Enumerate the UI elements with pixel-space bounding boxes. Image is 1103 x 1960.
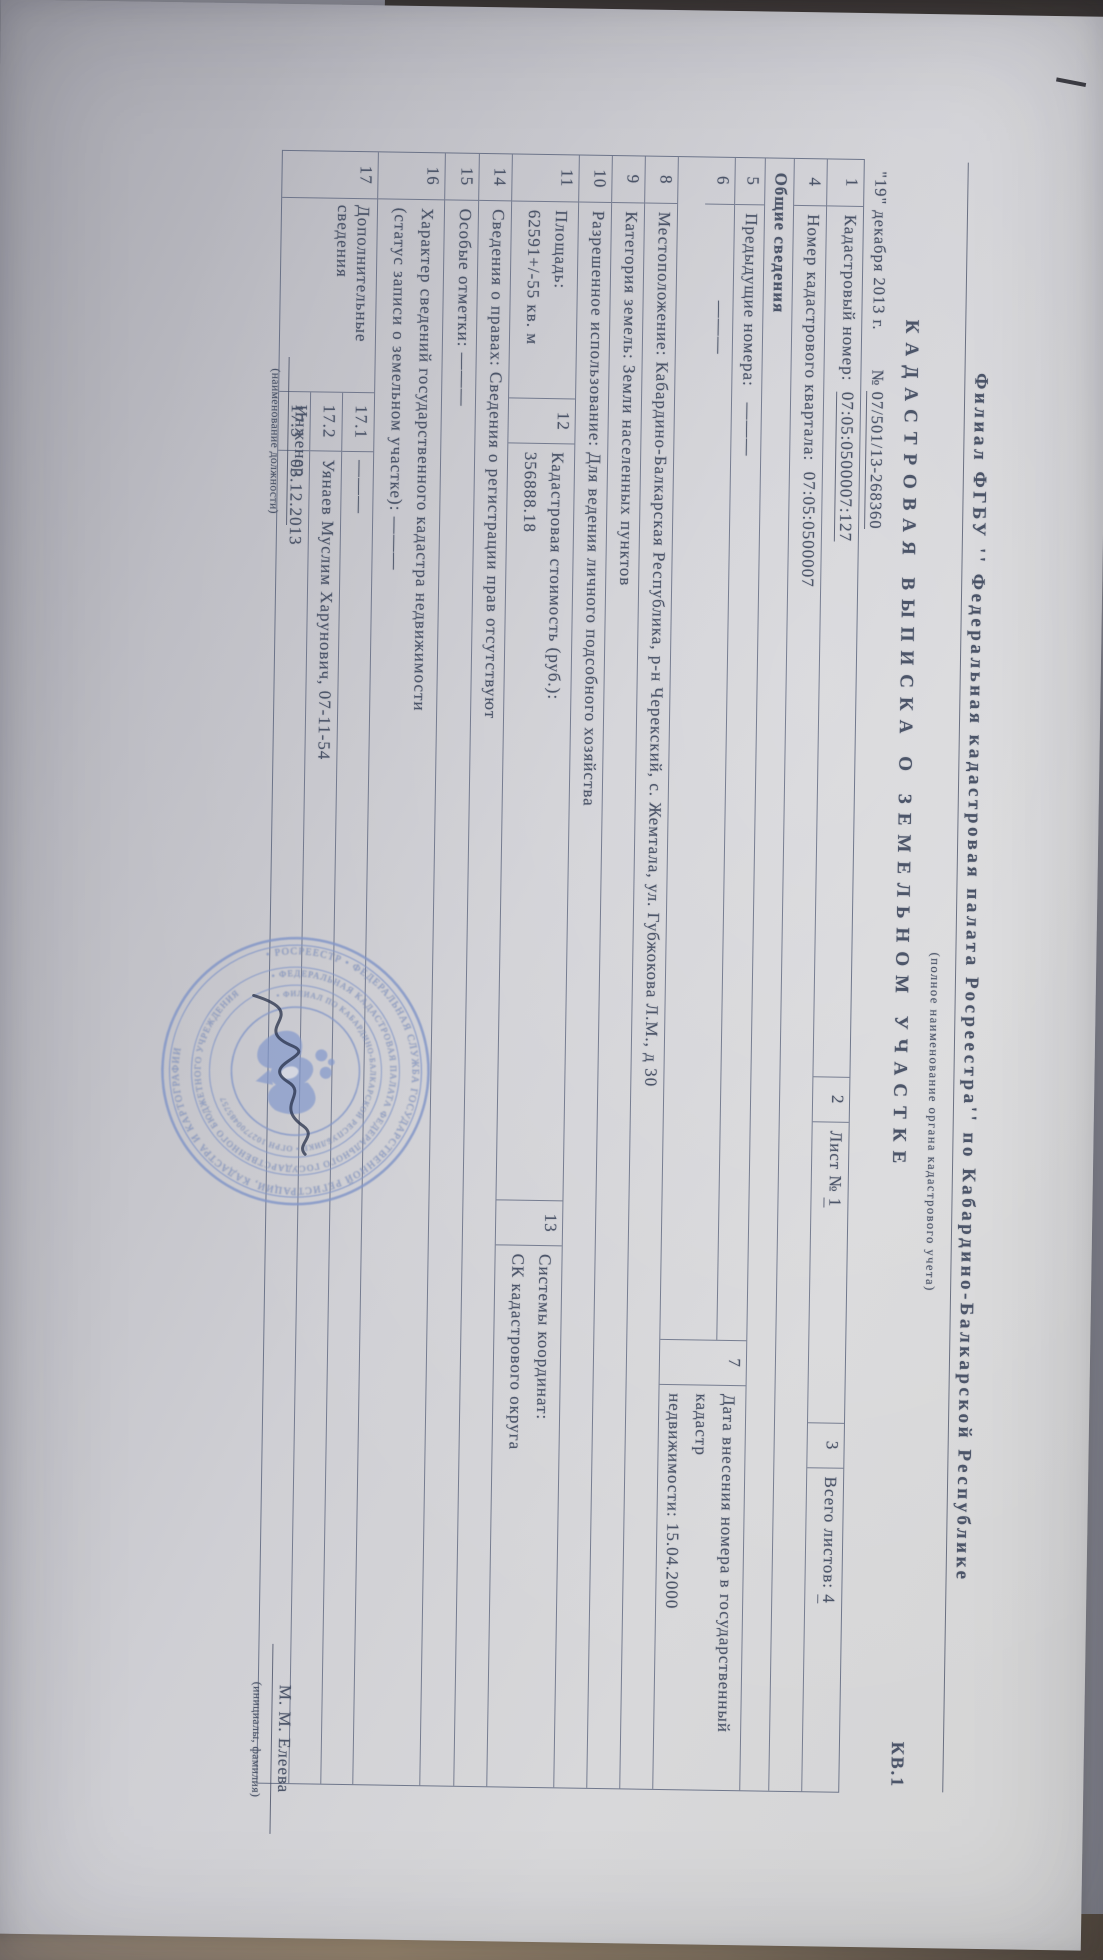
row-number: 17 [282,151,378,199]
total-sheets-value: 4 [817,1594,838,1604]
photo-frame: Филиал ФГБУ '' Федеральная кадастровая п… [0,0,1103,1960]
row-number: 9 [612,156,645,203]
area-value: 62591+/-55 кв. м [518,210,548,390]
area-cell: Площадь: 62591+/-55 кв. м [509,201,578,398]
cadastral-number-value: 07:05:0500007:127 [834,392,857,542]
row-number: 14 [479,154,512,201]
registry-date-cell: Дата внесения номера в государственный к… [653,1385,745,1790]
quarter-number-value: 07:05:0500007 [798,472,819,588]
row-number: 2 [813,1076,850,1123]
document-number-label: № [868,370,887,387]
document-date: "19" декабря 2013 г. [869,171,891,331]
row-number: 3 [807,1422,844,1469]
row-number: 10 [579,156,612,203]
cadastral-extract-document: Филиал ФГБУ '' Федеральная кадастровая п… [43,19,1072,1914]
row-number: 11 [512,154,579,202]
previous-numbers-label: Предыдущие номера: [739,213,761,387]
subrow-number: 17.2 [310,392,342,451]
paper-sheet: Филиал ФГБУ '' Федеральная кадастровая п… [0,0,1103,1951]
registry-date-block: 7 Дата внесения номера в государственный… [653,1339,746,1790]
document-number: 07/501/13-268360 [864,391,887,529]
row-number: 1 [827,159,864,207]
organization-name-caption: (полное наименование органа кадастрового… [920,792,945,1452]
signer-name: М. М. Елеева [269,1644,295,1834]
row-number: 12 [508,397,575,444]
additional-info-label-line2: сведения [331,205,353,343]
signer-name-caption: (инициалы, фамилия) [248,1640,263,1840]
row-number: 8 [645,157,678,204]
row-number: 4 [794,159,827,206]
additional-info-label-line1: Дополнительные [351,205,373,343]
row-number: 16 [378,152,445,200]
form-code: КВ.1 [886,1742,908,1789]
sheet-number-label: Лист № [826,1131,846,1199]
document-title: КАДАСТРОВАЯ ВЫПИСКА О ЗЕМЕЛЬНОМ УЧАСТКЕ [887,320,922,1173]
date-and-number-line: "19" декабря 2013 г. № 07/501/13-268360 [865,171,891,530]
total-sheets-cell: Всего листов: 4 [802,1468,843,1792]
pen-mark [1056,77,1086,87]
subrow-value: Уянаев Муслим Харунович, 07-11-54 [305,451,341,768]
sheet-number-cell: Лист № 1 [808,1122,849,1423]
handwritten-signature [223,983,346,1165]
cadastral-number-label: Кадастровый номер: [838,215,860,382]
organization-name: Филиал ФГБУ '' Федеральная кадастровая п… [942,163,995,1793]
subrow-number: 17.1 [342,393,374,452]
quarter-number-label: Номер кадастрового квартала: [800,214,823,461]
total-sheets-label: Всего листов: [819,1476,840,1594]
cadastral-value-cell: Кадастровая стоимость (руб.): 356888.18 [496,443,574,1200]
row-number: 7 [660,1340,747,1386]
subrow-value: ——— [341,452,373,522]
area-label: Площадь: [545,210,575,390]
additional-info-label: Дополнительные сведения [280,198,377,349]
row-number: 5 [735,158,765,205]
previous-numbers-value: ——— [738,402,758,456]
position-title: Инженер [286,357,312,525]
sheet-number-value: 1 [823,1198,844,1208]
row-number: 6 [705,157,735,204]
row-number: 15 [445,153,479,201]
row-number: 13 [496,1199,563,1246]
registry-date-line1: Дата внесения номера в государственный к… [682,1393,742,1782]
coordinate-system-cell: Системы координат: СК кадастрового округ… [487,1245,561,1787]
